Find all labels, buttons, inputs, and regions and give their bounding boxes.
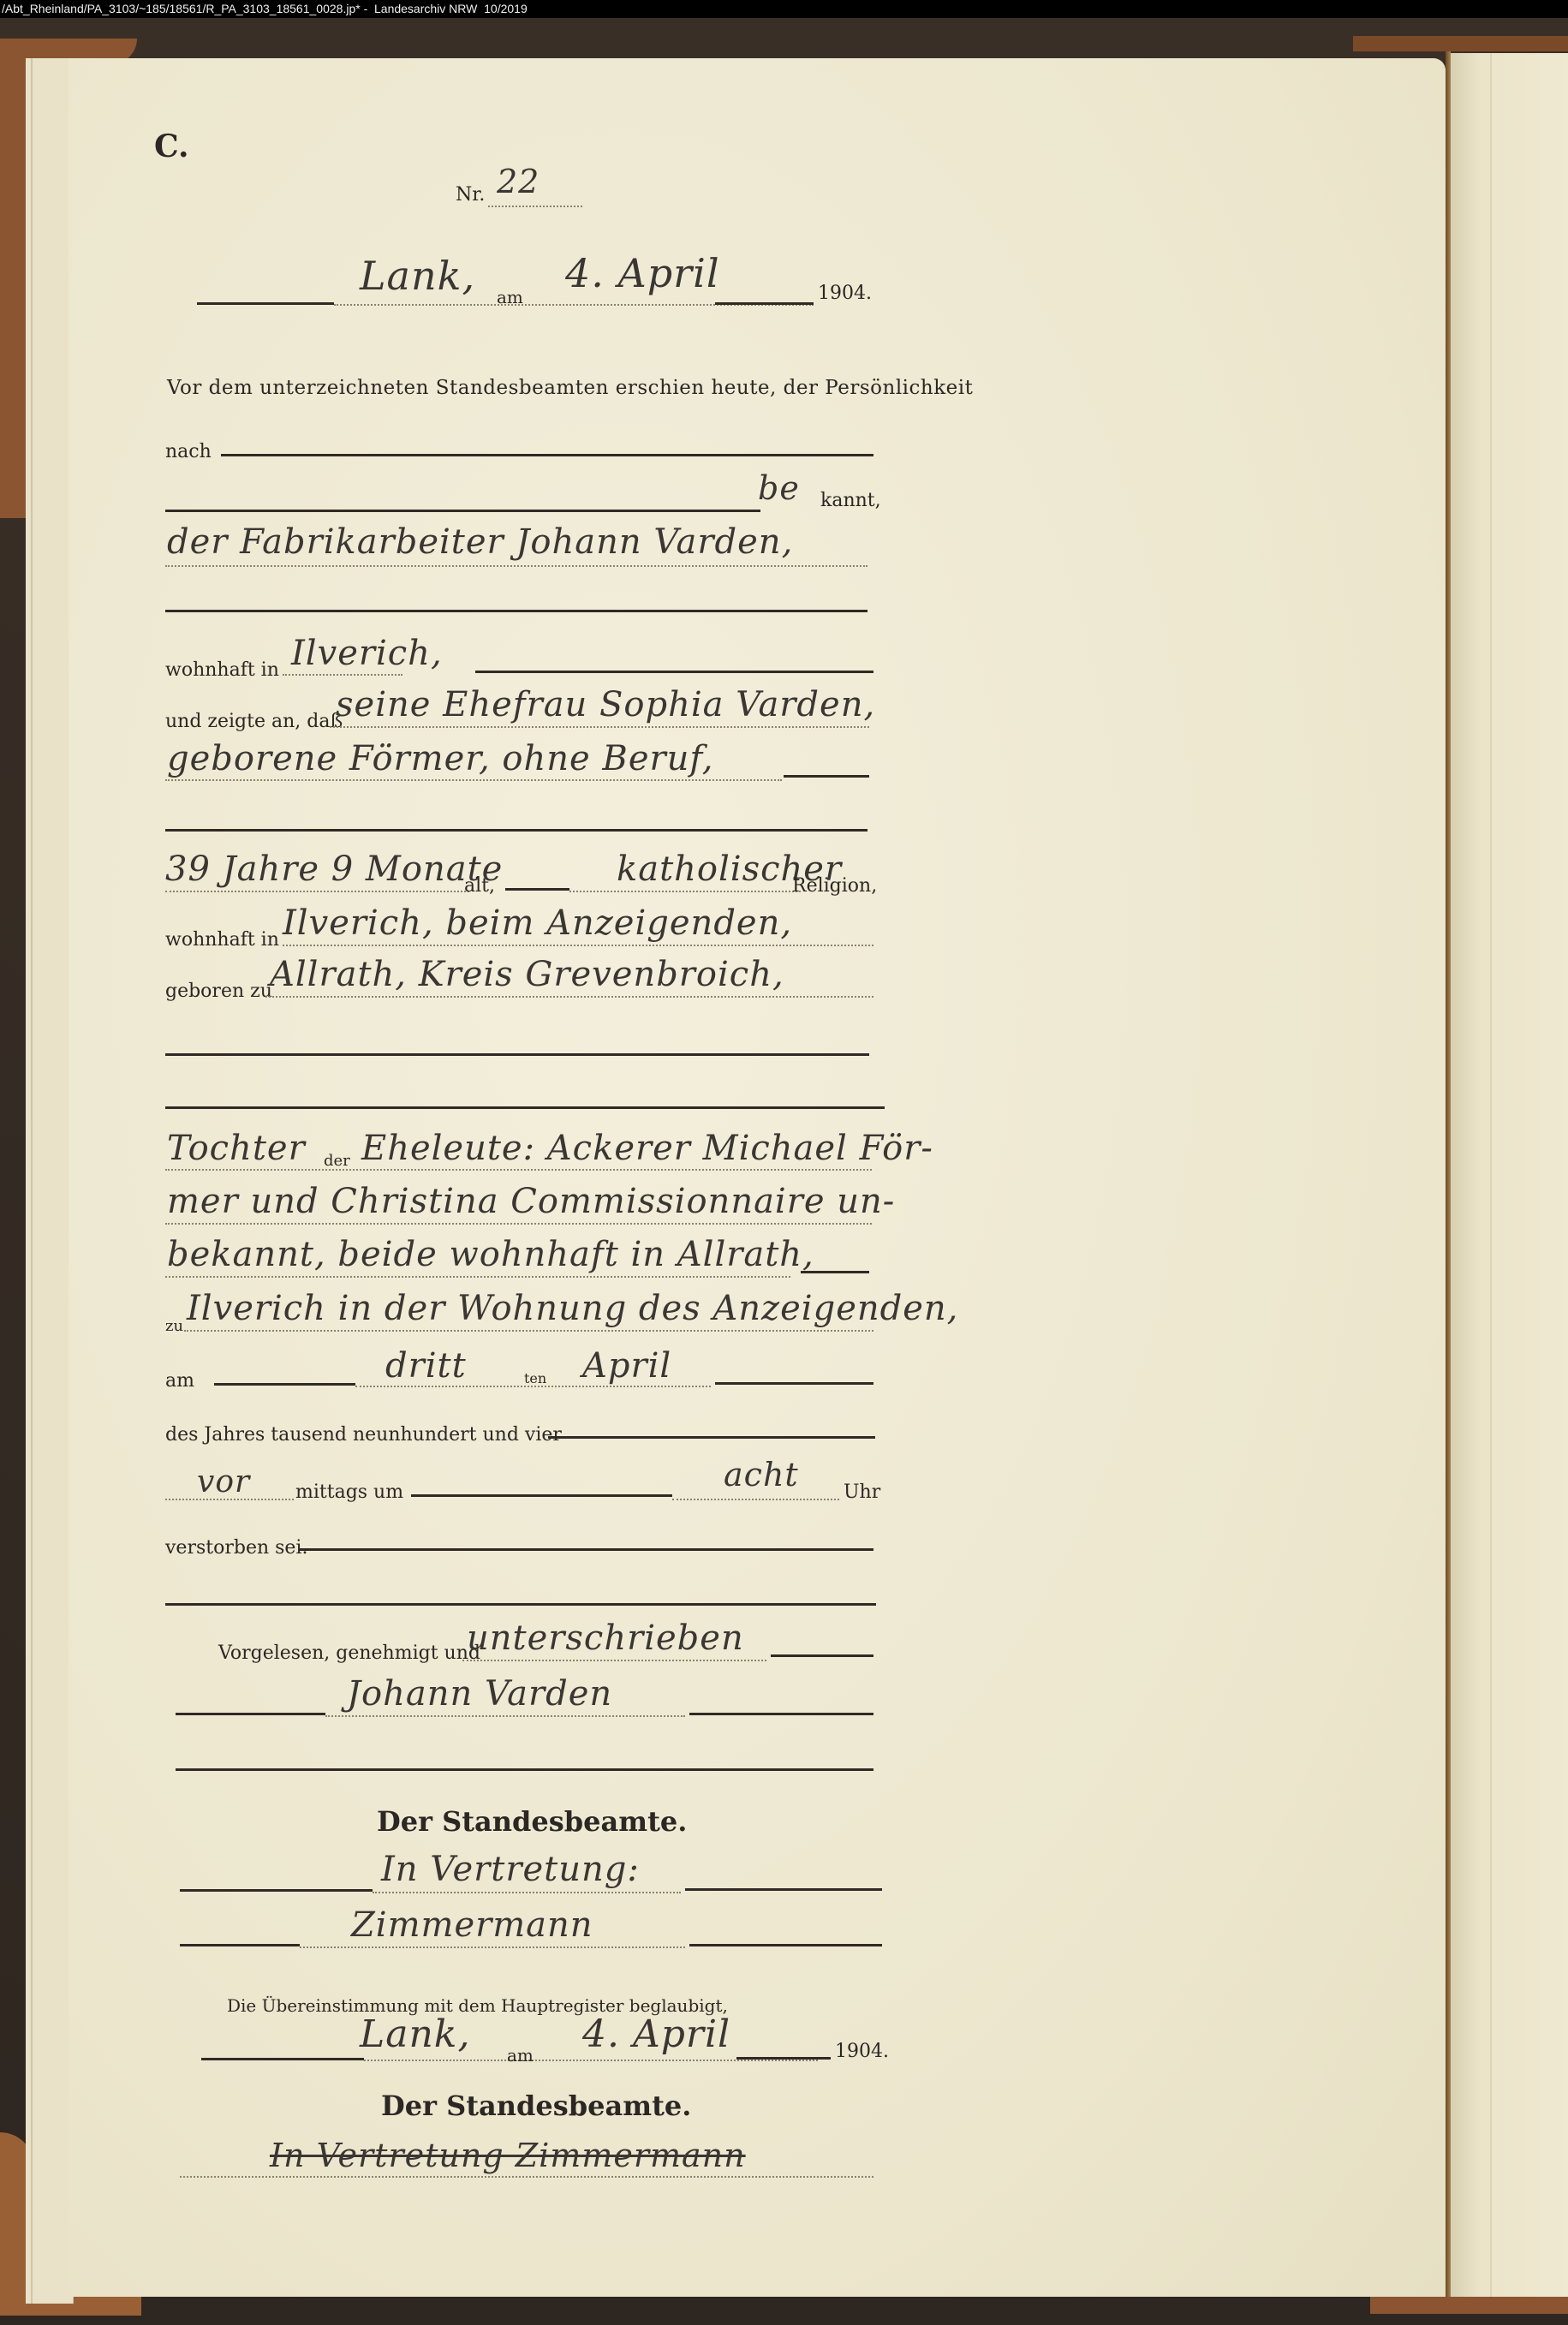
header-year: 1904. <box>818 283 872 304</box>
year-text: des Jahres tausend neunhundert und vier <box>165 1424 562 1446</box>
entry-number: 22 <box>497 163 540 200</box>
dotted-line <box>165 1223 872 1225</box>
certification-registrar-title: Der Standesbeamte. <box>381 2090 691 2122</box>
rule <box>801 1271 869 1273</box>
leather-spine-left <box>0 39 26 518</box>
rule <box>689 1944 882 1946</box>
rule <box>197 302 334 305</box>
rule <box>201 2058 364 2060</box>
parents-tochter: Tochter <box>167 1129 306 1168</box>
dotted-line <box>462 1660 766 1661</box>
ten-label: ten <box>524 1370 546 1386</box>
verstorben-label: verstorben sei. <box>165 1537 307 1559</box>
leather-edge-top-right <box>1353 36 1568 51</box>
rule <box>221 454 873 456</box>
certification-year: 1904. <box>835 2041 889 2062</box>
rule <box>165 610 867 612</box>
facing-page-fold <box>1490 53 1492 2297</box>
death-month: April <box>582 1346 671 1386</box>
mittags-label: mittags um <box>295 1481 403 1503</box>
rule <box>165 1603 876 1606</box>
section-letter: C. <box>154 128 189 164</box>
parents-der-label: der <box>324 1152 350 1170</box>
deceased-birthplace: Allrath, Kreis Grevenbroich, <box>270 955 784 994</box>
dotted-line <box>165 1169 872 1171</box>
zu-label: zu <box>165 1317 183 1335</box>
rule <box>165 1053 869 1056</box>
wohnhaft-label: wohnhaft in <box>165 659 279 681</box>
dotted-line <box>569 891 801 892</box>
wohnhaft-label-2: wohnhaft in <box>165 929 279 951</box>
religion-label: Religion, <box>792 875 877 897</box>
bekannt-label: kannt, <box>820 490 881 511</box>
dotted-line <box>364 2060 818 2061</box>
dotted-line <box>165 1276 790 1278</box>
dotted-line <box>283 945 873 946</box>
rule <box>180 1944 300 1946</box>
dotted-line <box>672 1499 839 1500</box>
rule <box>771 1654 873 1657</box>
rule <box>548 1436 875 1439</box>
rule <box>411 1494 672 1497</box>
parents-line-3: bekannt, beide wohnhaft in Allrath, <box>167 1235 814 1274</box>
alt-label: alt, <box>464 875 495 897</box>
deceased-age: 39 Jahre 9 Monate <box>165 850 503 889</box>
dotted-line <box>330 726 869 728</box>
rule <box>176 1713 325 1715</box>
rule <box>505 888 569 891</box>
bekannt-handwritten: be <box>758 469 800 507</box>
rule <box>214 1383 355 1386</box>
vertretung-handwritten: In Vertretung: <box>381 1850 640 1889</box>
time-of-day: vor <box>197 1464 250 1499</box>
rule <box>475 671 873 673</box>
rule <box>689 1713 873 1715</box>
zeigte-label: und zeigte an, daß <box>165 711 343 732</box>
dotted-line <box>165 891 469 892</box>
page-stack-edge <box>26 58 74 2304</box>
rule <box>165 829 867 832</box>
vorgelesen-handwritten: unterschrieben <box>467 1619 744 1658</box>
header-date: 4. April <box>565 250 720 296</box>
dotted-line <box>265 996 873 998</box>
am-label: am <box>165 1370 194 1392</box>
informant-name: der Fabrikarbeiter Johann Varden, <box>167 522 793 562</box>
intro-text: Vor dem unterzeichneten Standesbeamten e… <box>167 377 973 399</box>
rule <box>165 1106 885 1109</box>
certification-am-label: am <box>507 2045 534 2066</box>
certification-place: Lank, <box>360 2012 470 2056</box>
number-label: Nr. <box>456 184 485 206</box>
header-am-label: am <box>497 287 523 307</box>
dotted-line <box>300 1946 685 1948</box>
facing-page <box>1451 53 1568 2297</box>
dotted-line <box>325 1715 685 1717</box>
deceased-line-2: geborene Förmer, ohne Beruf, <box>167 739 713 778</box>
rule <box>165 510 760 512</box>
parents-line-2: mer und Christina Commissionnaire un- <box>167 1182 895 1221</box>
dotted-line <box>283 674 402 676</box>
dotted-line <box>165 779 782 781</box>
informant-signature: Johann Varden <box>347 1674 612 1714</box>
dotted-line <box>180 2176 873 2178</box>
certification-date: 4. April <box>582 2012 730 2056</box>
geboren-label: geboren zu <box>165 981 272 1002</box>
death-hour: acht <box>724 1456 799 1493</box>
nach-label: nach <box>165 441 212 462</box>
rule <box>784 775 869 778</box>
rule <box>715 302 814 305</box>
death-place: Ilverich in der Wohnung des Anzeigenden, <box>187 1289 958 1328</box>
dotted-line <box>184 1330 873 1332</box>
deceased-residence: Ilverich, beim Anzeigenden, <box>283 903 792 943</box>
rule <box>736 2057 831 2060</box>
book-gutter <box>1446 51 1451 2297</box>
rule <box>176 1768 873 1771</box>
deceased-line-1: seine Ehefrau Sophia Varden, <box>336 685 875 724</box>
rule <box>300 1548 873 1551</box>
uhr-label: Uhr <box>844 1481 880 1503</box>
informant-residence: Ilverich, <box>291 634 443 673</box>
window-title-bar: /Abt_Rheinland/PA_3103/~185/18561/R_PA_3… <box>0 0 1568 18</box>
dotted-line <box>165 565 867 567</box>
leather-edge-bottom-right <box>1370 2297 1568 2314</box>
rule <box>685 1888 882 1891</box>
vorgelesen-label: Vorgelesen, genehmigt und <box>218 1642 480 1664</box>
death-day: dritt <box>385 1346 467 1386</box>
parents-line-1: Eheleute: Ackerer Michael För- <box>361 1129 933 1168</box>
registrar-signature: Zimmermann <box>351 1905 593 1945</box>
rule <box>180 1889 373 1892</box>
number-dotted-line <box>488 206 582 207</box>
registrar-title: Der Standesbeamte. <box>377 1805 687 1838</box>
certification-signature: In Vertretung Zimmermann <box>270 2137 746 2174</box>
header-place: Lank, <box>360 253 475 299</box>
dotted-line <box>373 1892 681 1893</box>
rule <box>715 1382 873 1385</box>
